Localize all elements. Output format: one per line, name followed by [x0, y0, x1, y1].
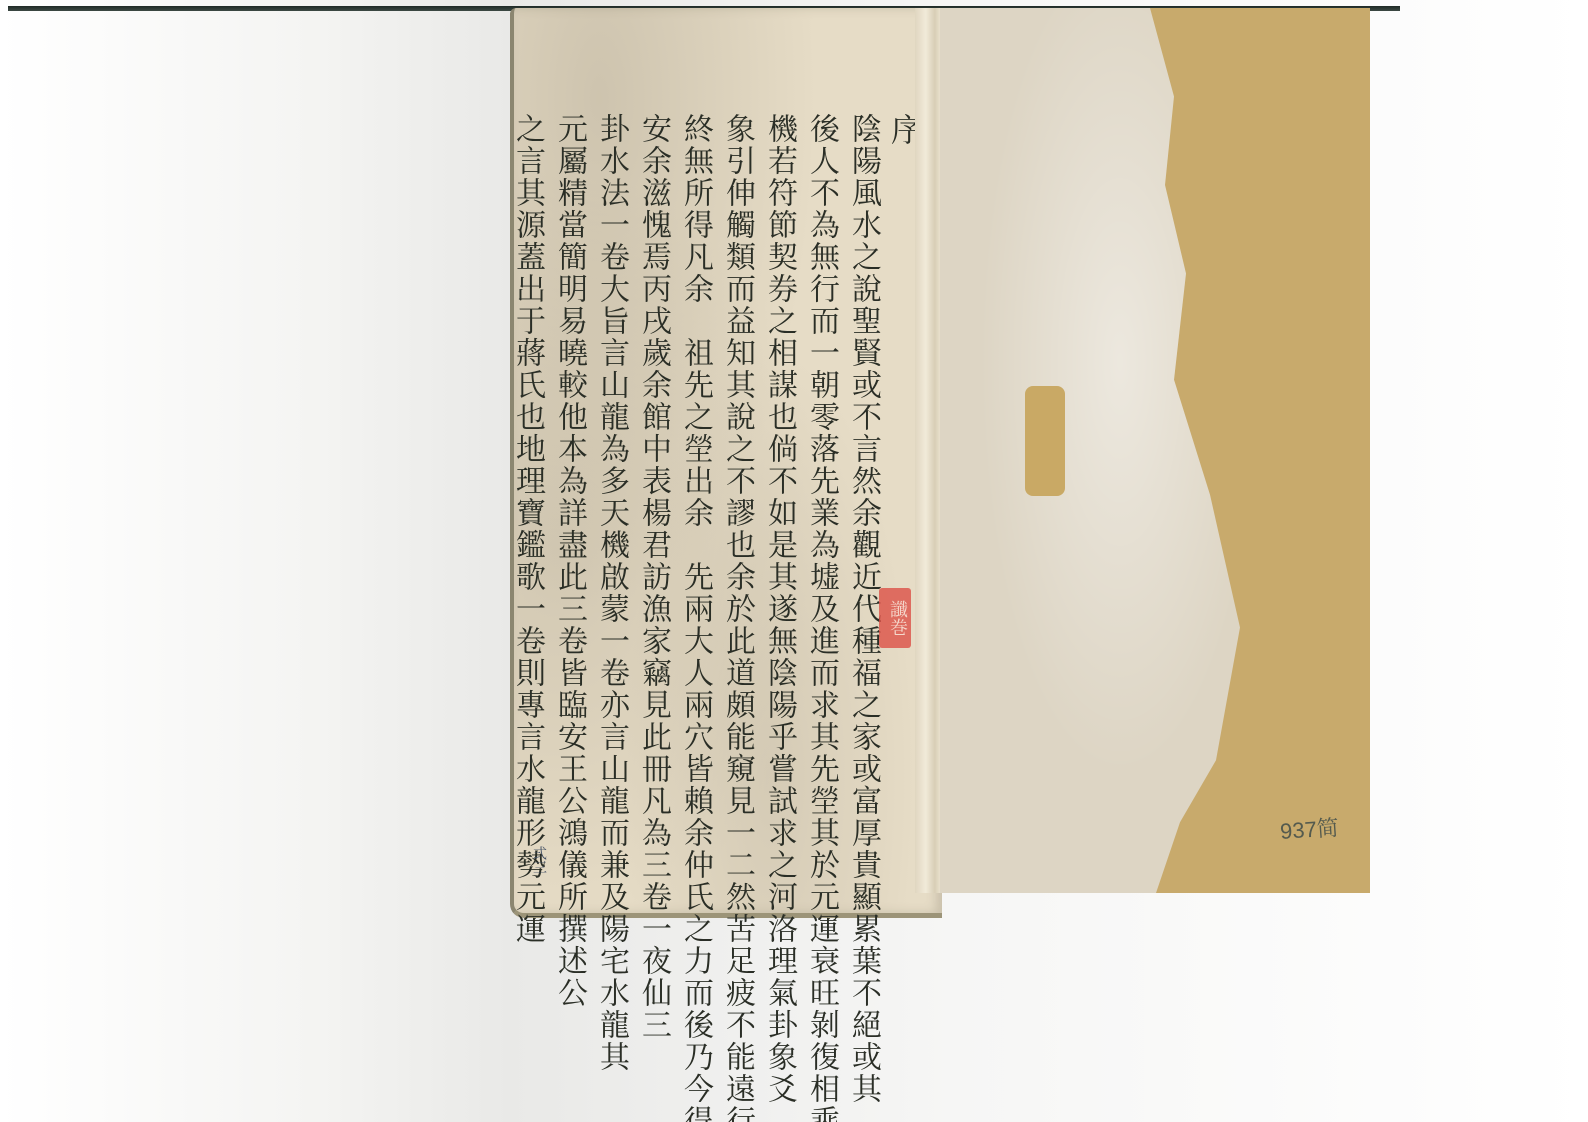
text-column-1: 陰陽風水之說聖賢或不言然余觀近代種福之家或富厚貴顯累葉不絕或其 — [846, 113, 880, 853]
manuscript-spread: 序 陰陽風水之說聖賢或不言然余觀近代種福之家或富厚貴顯累葉不絕或其 後人不為無行… — [510, 8, 1370, 913]
tissue-repair-layer — [940, 8, 1240, 893]
preface-text: 序 陰陽風水之說聖賢或不言然余觀近代種福之家或富厚貴顯累葉不絕或其 後人不為無行… — [526, 113, 922, 853]
text-column-9: 之言其源蓋出于蔣氏也地理寶鑑歌一卷則專言水龍形勢元運 — [510, 113, 544, 853]
page-number: 弍三 — [529, 846, 549, 874]
catalog-number-note: 937简 — [1279, 811, 1340, 846]
text-column-2: 後人不為無行而一朝零落先業為墟及進而求其先塋其於元運衰旺剝復相乘之 — [804, 113, 838, 853]
text-column-6: 安余滋愧焉丙戌歲余館中表楊君訪漁家竊見此冊凡為三卷一夜仙三 — [636, 113, 670, 853]
text-column-5: 終無所得凡余 祖先之塋出余 先兩大人兩穴皆賴余仲氏之力而後乃今得所 — [678, 113, 712, 853]
left-page: 序 陰陽風水之說聖賢或不言然余觀近代種福之家或富厚貴顯累葉不絕或其 後人不為無行… — [510, 8, 942, 918]
red-seal-stamp: 讖巻 — [879, 588, 911, 648]
text-column-7: 卦水法一卷大旨言山龍為多天機啟蒙一卷亦言山龍而兼及陽宅水龍其 — [594, 113, 628, 853]
right-page — [940, 8, 1370, 893]
text-column-4: 象引伸觸類而益知其說之不謬也余於此道頗能窺見一二然苦足疲不能遠行 — [720, 113, 754, 853]
paper-stain — [1025, 386, 1065, 496]
text-column-3: 機若符節契券之相謀也倘不如是其遂無陰陽乎嘗試求之河洛理氣卦象爻 — [762, 113, 796, 853]
text-column-8: 元屬精當簡明易曉較他本為詳盡此三卷皆臨安王公鴻儀所撰述公 — [552, 113, 586, 853]
